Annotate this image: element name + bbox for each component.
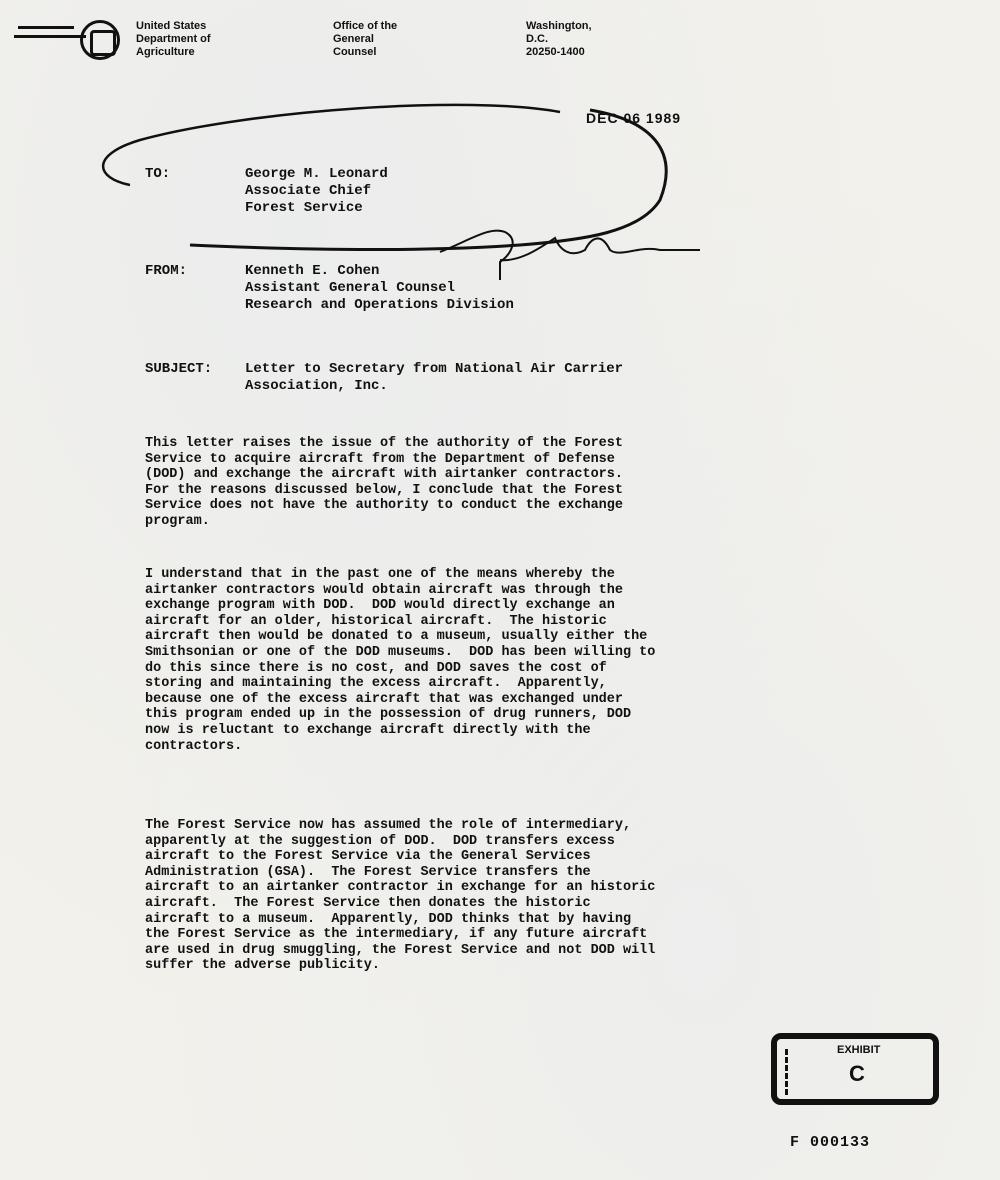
usda-seal-icon [80, 20, 120, 60]
to-label: TO: [145, 166, 170, 183]
logo-lines [14, 26, 86, 46]
office-address: Washington, D.C. 20250-1400 [526, 20, 592, 59]
exhibit-label: EXHIBIT [837, 1044, 880, 1056]
exhibit-stamp: EXHIBIT C [771, 1033, 939, 1105]
to-recipient: George M. Leonard Associate Chief Forest… [245, 166, 388, 217]
agency-name: United States Department of Agriculture [136, 20, 211, 59]
subject-text: Letter to Secretary from National Air Ca… [245, 361, 623, 395]
received-date-stamp: DEC 06 1989 [586, 110, 681, 126]
bates-number: F 000133 [790, 1134, 870, 1151]
office-name: Office of the General Counsel [333, 20, 397, 59]
exhibit-letter: C [849, 1061, 865, 1087]
from-label: FROM: [145, 263, 187, 280]
letterhead: United States Department of Agriculture … [0, 14, 1000, 74]
subject-label: SUBJECT: [145, 361, 212, 378]
exhibit-dashed-line [785, 1049, 792, 1095]
from-sender: Kenneth E. Cohen Assistant General Couns… [245, 263, 514, 314]
paragraph-3: The Forest Service now has assumed the r… [145, 818, 885, 974]
paragraph-1: This letter raises the issue of the auth… [145, 436, 885, 530]
paragraph-2: I understand that in the past one of the… [145, 567, 885, 754]
